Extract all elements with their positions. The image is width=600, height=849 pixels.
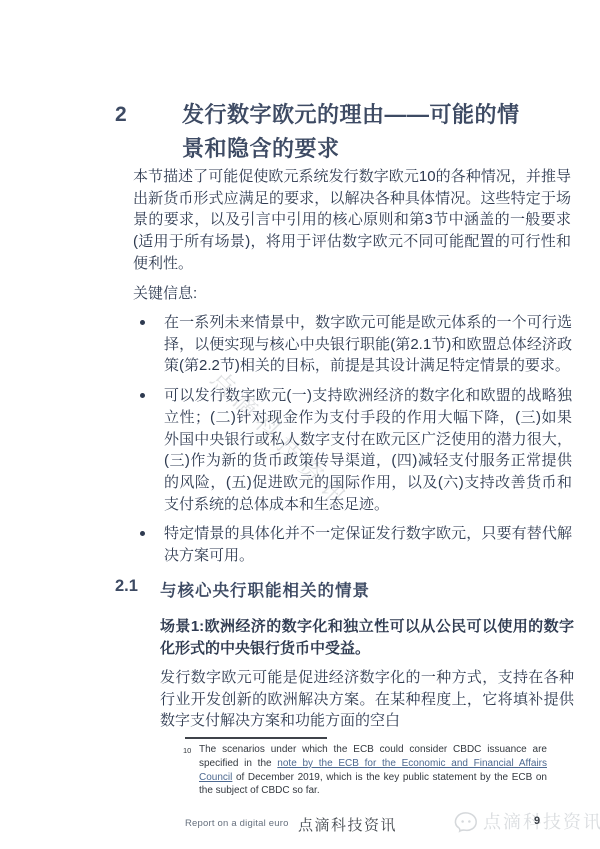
footnote-text-after-link: of December 2019, which is the key publi… — [199, 772, 547, 797]
footnote-marker: 10 — [183, 743, 199, 798]
bullet-item: 特定情景的具体化并不一定保证发行数字欧元，只要有替代解决方案可用。 — [138, 523, 572, 566]
section-number: 2 — [115, 98, 182, 166]
footnote: 10 The scenarios under which the ECB cou… — [183, 743, 547, 798]
bullet-item: 在一系列未来情景中，数字欧元可能是欧元体系的一个可行选择，以便实现与核心中央银行… — [138, 312, 572, 377]
footer-brand-text: 点滴科技资讯 — [298, 814, 397, 835]
bullet-text: 可以发行数字欧元(一)支持欧洲经济的数字化和欧盟的战略独立性；(二)针对现金作为… — [164, 385, 572, 515]
scenario-heading: 场景1:欧洲经济的数字化和独立性可以从公民可以使用的数字化形式的中央银行货币中受… — [160, 616, 574, 659]
bullet-item: 可以发行数字欧元(一)支持欧洲经济的数字化和欧盟的战略独立性；(二)针对现金作为… — [138, 385, 572, 515]
page-number: 9 — [534, 815, 540, 827]
subsection-heading: 2.1 与核心央行职能相关的情景 — [115, 577, 370, 601]
document-page: 点滴科技资讯 2 发行数字欧元的理由——可能的情景和隐含的要求 本节描述了可能促… — [0, 0, 600, 849]
footnote-text: The scenarios under which the ECB could … — [199, 743, 547, 798]
subsection-number: 2.1 — [115, 577, 160, 601]
bullet-dot-icon — [140, 320, 145, 325]
subsection-paragraph: 发行数字欧元可能是促进经济数字化的一种方式，支持在各种行业开发创新的欧洲解决方案… — [160, 667, 574, 732]
key-info-bullet-list: 在一系列未来情景中，数字欧元可能是欧元体系的一个可行选择，以便实现与核心中央银行… — [138, 312, 572, 575]
droplet-chat-logo-icon — [452, 809, 479, 834]
subsection-title: 与核心央行职能相关的情景 — [160, 577, 370, 601]
section-title: 发行数字欧元的理由——可能的情景和隐含的要求 — [182, 98, 520, 166]
bullet-text: 特定情景的具体化并不一定保证发行数字欧元，只要有替代解决方案可用。 — [164, 523, 572, 566]
footer-watermark: 点滴科技资讯 — [452, 808, 600, 834]
bullet-dot-icon — [140, 393, 145, 398]
footer-report-title: Report on a digital euro — [185, 818, 289, 829]
bullet-text: 在一系列未来情景中，数字欧元可能是欧元体系的一个可行选择，以便实现与核心中央银行… — [164, 312, 572, 377]
bullet-dot-icon — [140, 531, 145, 536]
footnote-separator-rule — [185, 737, 327, 739]
section-heading: 2 发行数字欧元的理由——可能的情景和隐含的要求 — [115, 98, 520, 166]
key-info-label: 关键信息: — [133, 283, 571, 305]
footer-watermark-text: 点滴科技资讯 — [483, 808, 600, 834]
intro-paragraph: 本节描述了可能促使欧元系统发行数字欧元10的各种情况，并推导出新货币形式应满足的… — [133, 166, 571, 275]
